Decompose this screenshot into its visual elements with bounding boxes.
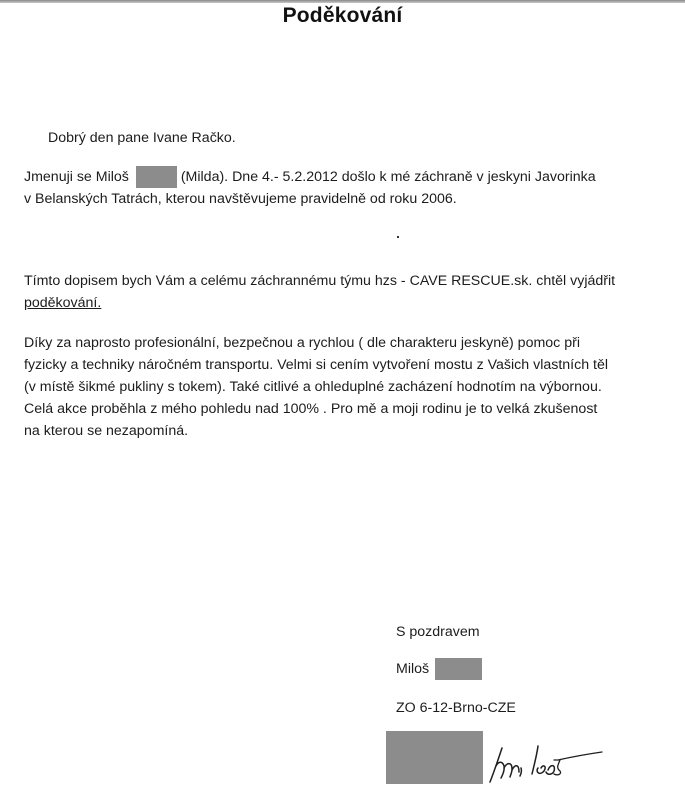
purpose-line-1: Tímto dopisem bych Vám a celému záchrann… (24, 270, 615, 292)
redacted-signature-block (386, 731, 483, 784)
stray-dot (397, 236, 399, 238)
greeting: Dobrý den pane Ivane Račko. (48, 127, 236, 149)
purpose-line-2-thanks: poděkování. (24, 292, 101, 314)
page-top-border (0, 0, 685, 3)
handwritten-signature (488, 738, 608, 788)
intro-line-1-start: Jmenuji se Miloš (24, 169, 129, 185)
body-line-3: (v místě šikmé pukliny s tokem). Také ci… (24, 376, 602, 398)
body-line-2: fyzicky a techniky náročném transportu. … (24, 354, 608, 376)
intro-line-1-end: (Milda). Dne 4.- 5.2.2012 došlo k mé zác… (181, 169, 596, 185)
body-line-4: Celá akce proběhla z mého pohledu nad 10… (24, 398, 597, 420)
redacted-closing-surname (435, 658, 482, 680)
closing-organization: ZO 6-12-Brno-CZE (396, 697, 516, 719)
intro-line-2: v Belanských Tatrách, kterou navštěvujem… (24, 188, 457, 210)
intro-line-1: Jmenuji se Miloš (Milda). Dne 4.- 5.2.20… (24, 166, 596, 188)
document-title: Poděkování (0, 4, 685, 28)
body-line-1: Díky za naprosto profesionální, bezpečno… (24, 332, 580, 354)
closing-name: Miloš (396, 658, 482, 680)
closing-salutation: S pozdravem (396, 621, 480, 643)
redacted-surname (136, 166, 177, 188)
body-line-5: na kterou se nezapomíná. (24, 420, 188, 442)
closing-first-name: Miloš (396, 661, 429, 677)
